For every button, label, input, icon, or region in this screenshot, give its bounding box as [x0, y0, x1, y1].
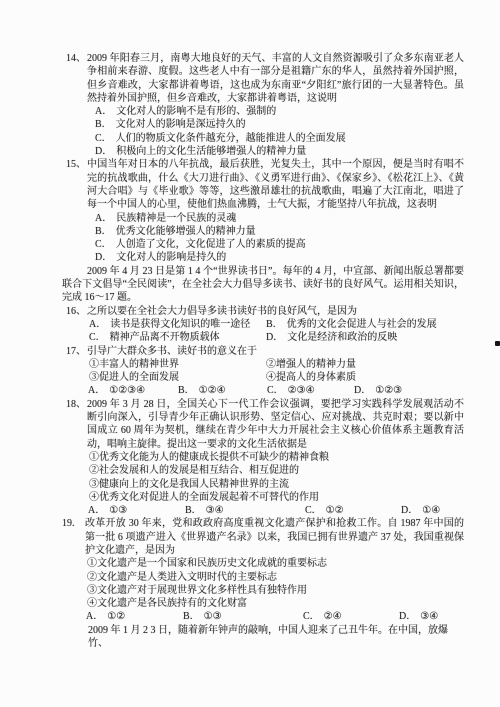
circled-item-4: ④文化遗产是各民族持有的文化财富	[85, 597, 464, 610]
question-19-number: 19.	[62, 517, 85, 530]
option-text: 文化对人的影响不是有形的、强制的	[116, 105, 276, 118]
option-d: D．①②③	[354, 384, 402, 397]
question-15-options: A．民族精神是一个民族的灵魂 B．优秀文化能够增强人的精神力量 C．人创造了文化…	[87, 212, 464, 265]
option-text: ①②	[326, 504, 344, 517]
circled-item-4: ④优秀文化对促进人的全面发展起着不可替代的作用	[87, 491, 464, 504]
option-text: ②③④	[288, 384, 315, 397]
question-14-options: A．文化对人的影响不是有形的、强制的 B．文化对人的影响是深远持久的 C．人们的…	[87, 105, 464, 158]
option-b: B．①③	[183, 610, 303, 623]
option-text: ①③	[204, 610, 222, 623]
option-c: C．人创造了文化，文化促进了人的素质的提高	[87, 238, 464, 251]
option-text: 文化是经济和政治的反映	[287, 331, 397, 344]
question-15: 15、 中国当年对日本的八年抗战，最后获胜，光复失土，其中一个原因，便是当时有唱…	[62, 158, 464, 264]
option-text: 精神产品离不开物质载体	[110, 331, 220, 344]
option-label: C．	[303, 610, 320, 623]
circled-item-3: ③文化遗产对于展现世界文化多样性具有独特作用	[85, 584, 464, 597]
question-19-options: A．①② B．①③ C．②④ D．③④	[85, 610, 464, 623]
option-d: D．①④	[401, 504, 440, 517]
option-label: B．	[95, 118, 112, 131]
question-18: 18、 2009 年 3 月 28 日，全国关心下一代工作会议强调，要把学习实践…	[62, 398, 464, 518]
option-c: C．精神产品离不开物质载体	[89, 331, 266, 344]
option-c: C．②③④	[267, 384, 354, 397]
option-text: 文化对人的影响是持久的	[116, 251, 226, 264]
option-text: ③④	[206, 504, 224, 517]
circled-item-3: ③健康向上的文化是我国人民精神世界的主流	[87, 478, 464, 491]
question-14-number: 14、	[66, 52, 87, 65]
option-text: 积极向上的文化生活能够增强人的精神力量	[116, 145, 306, 158]
question-18-options: A．①③ B．③④ C．①② D．①④	[87, 504, 464, 517]
question-18-items: ①优秀文化能为人的健康成长提供不可缺少的精神食粮 ②社会发展和人的发展是相互结合…	[87, 451, 464, 504]
option-label: D．	[95, 251, 112, 264]
option-text: 人创造了文化，文化促进了人的素质的提高	[116, 238, 306, 251]
trailing-paragraph: 2009 年 1 月 2 3 日，随着新年钟声的敲响，中国人迎来了己丑牛年。在中…	[88, 624, 464, 651]
scanned-exam-page: 14、 2009 年阳春三月，南粤大地良好的天气、丰富的人文自然资源吸引了众多东…	[0, 0, 500, 707]
question-17-number: 17、	[66, 345, 87, 358]
option-d: D．③④	[399, 610, 438, 623]
option-text: 民族精神是一个民族的灵魂	[116, 212, 236, 225]
question-15-number: 15、	[66, 158, 87, 171]
option-a: A．文化对人的影响不是有形的、强制的	[87, 105, 464, 118]
option-label: D．	[354, 384, 371, 397]
option-text: 优秀的文化会促进人与社会的发展	[287, 318, 437, 331]
option-a: A．①③	[88, 504, 185, 517]
question-16-options: A．读书是获得文化知识的唯一途径 B．优秀的文化会促进人与社会的发展 C．精神产…	[87, 318, 464, 345]
question-16-stem: 之所以要在全社会大力倡导多读书读好书的良好风气，是因为	[87, 305, 464, 318]
question-19: 19. 改革开放 30 年来，党和政政府高度重视文化遗产保护和抢救工作。自 19…	[62, 517, 464, 623]
option-label: A．	[88, 504, 105, 517]
option-text: 文化对人的影响是深远持久的	[116, 118, 246, 131]
option-label: A．	[95, 105, 112, 118]
option-text: ①②	[107, 610, 125, 623]
option-text: 优秀文化能够增强人的精神力量	[116, 225, 256, 238]
option-label: C．	[95, 238, 112, 251]
question-17-items: ①丰富人的精神世界 ②增强人的精神力量 ③促进人的全面发展 ④提高人的身体素质	[87, 358, 464, 385]
option-c: C．人们的物质文化条件越充分，越能推进人的全面发展	[87, 132, 464, 145]
option-text: ①②③	[375, 384, 402, 397]
option-text: ①②③④	[109, 384, 145, 397]
option-text: 人们的物质文化条件越充分，越能推进人的全面发展	[116, 132, 346, 145]
question-19-body: 改革开放 30 年来，党和政政府高度重视文化遗产保护和抢救工作。自 1987 年…	[85, 517, 464, 623]
question-19-stem: 改革开放 30 年来，党和政政府高度重视文化遗产保护和抢救工作。自 1987 年…	[85, 517, 464, 557]
question-14-body: 2009 年阳春三月，南粤大地良好的天气、丰富的人文自然资源吸引了众多东南亚老人…	[87, 52, 464, 158]
option-label: D．	[399, 610, 416, 623]
question-18-number: 18、	[66, 398, 87, 411]
circled-item-1: ①文化遗产是一个国家和民族历史文化成就的重要标志	[85, 557, 464, 570]
option-d: D．文化对人的影响是持久的	[87, 251, 464, 264]
circled-item-2: ②文化遗产是人类进入文明时代的主要标志	[85, 571, 464, 584]
option-text: ①②④	[199, 384, 226, 397]
option-label: C．	[267, 384, 284, 397]
option-c: C．②④	[303, 610, 399, 623]
option-b: B．文化对人的影响是深远持久的	[87, 118, 464, 131]
question-16: 16、 之所以要在全社会大力倡导多读书读好书的良好风气，是因为 A．读书是获得文…	[62, 305, 464, 345]
option-label: A．	[95, 212, 112, 225]
circled-item-1: ①优秀文化能为人的健康成长提供不可缺少的精神食粮	[87, 451, 464, 464]
circled-item-1: ①丰富人的精神世界	[89, 358, 266, 371]
question-15-stem: 中国当年对日本的八年抗战，最后获胜，光复失土，其中一个原因，便是当时有唱不完的抗…	[87, 158, 464, 211]
scan-artifact-dot	[495, 341, 500, 346]
option-text: 读书是获得文化知识的唯一途径	[110, 318, 250, 331]
option-label: A．	[89, 318, 106, 331]
option-b: B．优秀的文化会促进人与社会的发展	[266, 318, 464, 331]
option-label: B．	[183, 610, 200, 623]
option-label: B．	[185, 504, 202, 517]
option-label: A．	[88, 384, 105, 397]
option-label: D．	[266, 331, 283, 344]
option-d: D．积极向上的文化生活能够增强人的精神力量	[87, 145, 464, 158]
option-text: ③④	[420, 610, 438, 623]
option-label: B．	[95, 225, 112, 238]
option-d: D．文化是经济和政治的反映	[266, 331, 464, 344]
question-18-stem: 2009 年 3 月 28 日，全国关心下一代工作会议强调，要把学习实践科学发展…	[87, 398, 464, 451]
question-14: 14、 2009 年阳春三月，南粤大地良好的天气、丰富的人文自然资源吸引了众多东…	[62, 52, 464, 158]
option-label: A．	[86, 610, 103, 623]
option-text: ②④	[324, 610, 342, 623]
option-label: D．	[95, 145, 112, 158]
option-label: D．	[401, 504, 418, 517]
option-a: A．民族精神是一个民族的灵魂	[87, 212, 464, 225]
question-18-body: 2009 年 3 月 28 日，全国关心下一代工作会议强调，要把学习实践科学发展…	[87, 398, 464, 518]
circled-item-4: ④提高人的身体素质	[266, 371, 464, 384]
option-label: C．	[95, 132, 112, 145]
question-17-body: 引导广大群众多书、读好书的意义在于 ①丰富人的精神世界 ②增强人的精神力量 ③促…	[87, 345, 464, 398]
option-a: A．①②	[86, 610, 183, 623]
option-a: A．①②③④	[88, 384, 178, 397]
document-body: 14、 2009 年阳春三月，南粤大地良好的天气、丰富的人文自然资源吸引了众多东…	[62, 52, 464, 650]
circled-item-2: ②社会发展和人的发展是相互结合、相互促进的	[87, 464, 464, 477]
question-16-number: 16、	[66, 305, 87, 318]
question-14-stem: 2009 年阳春三月，南粤大地良好的天气、丰富的人文自然资源吸引了众多东南亚老人…	[87, 52, 464, 105]
option-b: B．③④	[185, 504, 305, 517]
question-19-items: ①文化遗产是一个国家和民族历史文化成就的重要标志 ②文化遗产是人类进入文明时代的…	[85, 557, 464, 610]
question-16-body: 之所以要在全社会大力倡导多读书读好书的良好风气，是因为 A．读书是获得文化知识的…	[87, 305, 464, 345]
question-17-stem: 引导广大群众多书、读好书的意义在于	[87, 345, 464, 358]
circled-item-2: ②增强人的精神力量	[266, 358, 464, 371]
option-text: ①④	[422, 504, 440, 517]
question-17: 17、 引导广大群众多书、读好书的意义在于 ①丰富人的精神世界 ②增强人的精神力…	[62, 345, 464, 398]
lead-in-paragraph: 2009 年 4 月 23 日是第 1 4 个“世界读书日”。每年的 4 月，中…	[62, 265, 464, 305]
option-c: C．①②	[305, 504, 401, 517]
option-b: B．优秀文化能够增强人的精神力量	[87, 225, 464, 238]
option-label: C．	[305, 504, 322, 517]
circled-item-3: ③促进人的全面发展	[89, 371, 266, 384]
option-label: B．	[178, 384, 195, 397]
option-text: ①③	[109, 504, 127, 517]
question-15-body: 中国当年对日本的八年抗战，最后获胜，光复失土，其中一个原因，便是当时有唱不完的抗…	[87, 158, 464, 264]
option-a: A．读书是获得文化知识的唯一途径	[89, 318, 266, 331]
option-label: B．	[266, 318, 283, 331]
question-17-options: A．①②③④ B．①②④ C．②③④ D．①②③	[87, 384, 464, 397]
option-b: B．①②④	[178, 384, 267, 397]
option-label: C．	[89, 331, 106, 344]
